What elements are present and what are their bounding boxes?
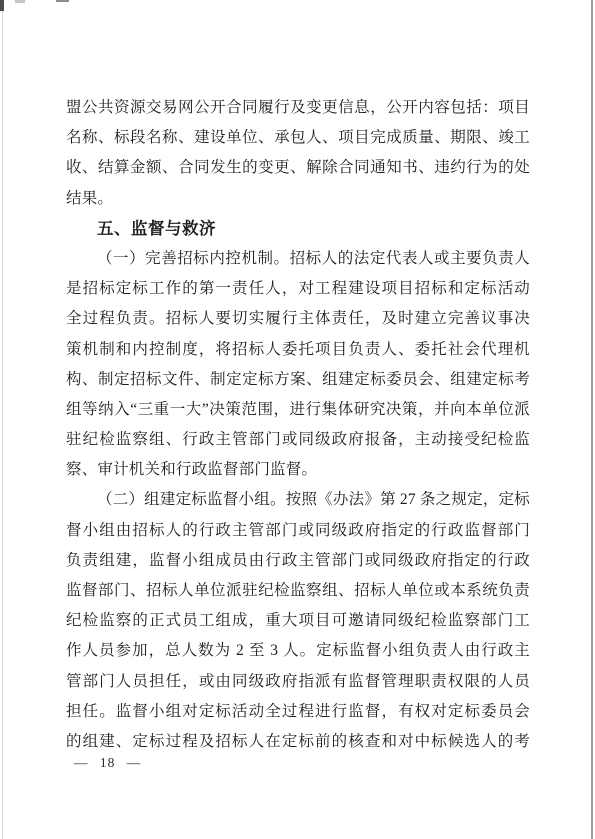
page-left-edge-line xyxy=(2,0,3,839)
page-right-edge-line xyxy=(591,0,593,839)
text-line: 纪检监察的正式员工组成，重大项目可邀请同级纪检监察部门工 xyxy=(66,606,530,636)
text-line: 收、结算金额、合同发生的变更、解除合同通知书、违约行为的处理 xyxy=(66,153,530,183)
text-line: 组等纳入“三重一大”决策范围，进行集体研究决策，并向本单位派 xyxy=(66,395,530,425)
text-line: 监督部门、招标人单位派驻纪检监察组、招标人单位或本系统负责 xyxy=(66,576,530,606)
text-line: 驻纪检监察组、行政主管部门或同级政府报备，主动接受纪检监 xyxy=(66,425,530,455)
text-line: 察、审计机关和行政监督部门监督。 xyxy=(66,455,530,485)
text-line: 作人员参加，总人数为 2 至 3 人。定标监督小组负责人由行政主 xyxy=(66,636,530,666)
text-line: 全过程负责。招标人要切实履行主体责任，及时建立完善议事决 xyxy=(66,304,530,334)
document-body: 盟公共资源交易网公开合同履行及变更信息，公开内容包括：项目 名称、标段名称、建设… xyxy=(66,93,530,757)
text-line: 负责组建，监督小组成员由行政主管部门或同级政府指定的行政 xyxy=(66,546,530,576)
page-number: — 18 — xyxy=(74,752,141,774)
paragraph-start-line: （一）完善招标内控机制。招标人的法定代表人或主要负责人 xyxy=(66,244,530,274)
paragraph-start-line: （二）组建定标监督小组。按照《办法》第 27 条之规定，定标监 xyxy=(66,485,530,515)
scan-artifact xyxy=(56,0,69,2)
text-line: 构、制定招标文件、制定定标方案、组建定标委员会、组建定标考察 xyxy=(66,365,530,395)
text-line: 盟公共资源交易网公开合同履行及变更信息，公开内容包括：项目 xyxy=(66,93,530,123)
text-line: 名称、标段名称、建设单位、承包人、项目完成质量、期限、竣工验 xyxy=(66,123,530,153)
text-line: 督小组由招标人的行政主管部门或同级政府指定的行政监督部门 xyxy=(66,516,530,546)
scan-artifact xyxy=(0,0,4,11)
text-line: 是招标定标工作的第一责任人，对工程建设项目招标和定标活动 xyxy=(66,274,530,304)
section-heading: 五、监督与救济 xyxy=(66,214,530,244)
text-line: 管部门人员担任，或由同级政府指派有监督管理职责权限的人员 xyxy=(66,667,530,697)
text-line: 结果。 xyxy=(66,184,530,214)
scanned-document-page: 盟公共资源交易网公开合同履行及变更信息，公开内容包括：项目 名称、标段名称、建设… xyxy=(0,0,595,839)
scan-artifact xyxy=(15,0,25,3)
text-line: 策机制和内控制度，将招标人委托项目负责人、委托社会代理机 xyxy=(66,335,530,365)
text-line: 担任。监督小组对定标活动全过程进行监督，有权对定标委员会 xyxy=(66,697,530,727)
